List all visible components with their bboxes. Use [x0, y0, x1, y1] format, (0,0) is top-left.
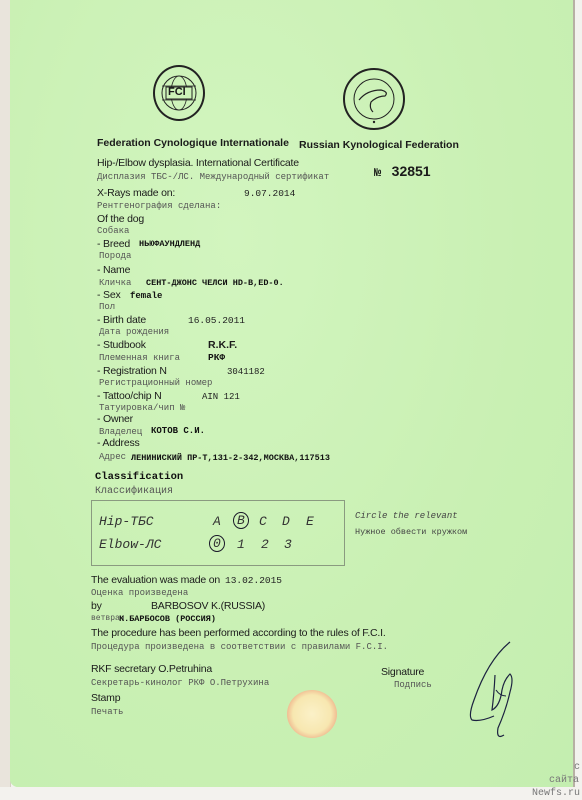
name-label: - Name — [97, 264, 130, 276]
name-value: СЕНТ-ДЖОНС ЧЕЛСИ HD-B,ED-0. — [146, 278, 284, 288]
hip-grade-b-selected: B — [233, 512, 249, 529]
birth-value: 16.05.2011 — [188, 315, 245, 326]
elbow-grade-2: 2 — [261, 537, 269, 552]
breed-value: НЬЮФАУНДЛЕНД — [139, 239, 200, 249]
official-stamp — [287, 690, 337, 738]
hip-label: Hip-ТБС — [99, 514, 154, 529]
studbook-value-ru: РКФ — [208, 352, 225, 363]
hip-grade-e: E — [306, 514, 314, 529]
registration-label-ru: Регистрационный номер — [99, 378, 212, 388]
circle-note-ru: Нужное обвести кружком — [355, 527, 467, 537]
birth-label-ru: Дата рождения — [99, 327, 169, 337]
address-label: - Address — [97, 437, 140, 449]
breed-label: - Breed — [97, 238, 130, 250]
xrays-value: 9.07.2014 — [244, 188, 295, 199]
watermark-line-2: сайта — [549, 775, 579, 786]
birth-label: - Birth date — [97, 314, 146, 326]
dog-label: Of the dog — [97, 213, 144, 225]
sex-label-ru: Пол — [99, 302, 115, 312]
elbow-grade-3: 3 — [284, 537, 292, 552]
xrays-label: X-Rays made on: — [97, 187, 175, 199]
evaluator-value: BARBOSOV K.(RUSSIA) — [151, 600, 265, 612]
address-value: ЛЕНИНИСКИЙ ПР-Т,131-2-342,МОСКВА,117513 — [131, 453, 330, 463]
stamp-label-ru: Печать — [91, 707, 123, 717]
circle-note: Circle the relevant — [355, 511, 458, 521]
rkf-logo — [343, 68, 405, 130]
secretary-label: RKF secretary O.Petruhina — [91, 663, 212, 675]
hip-grade-a: A — [211, 513, 223, 530]
evaluator-value-ru: К.БАРБОСОВ (РОССИЯ) — [119, 614, 216, 624]
elbow-label: Elbow-ЛС — [99, 537, 161, 552]
rkf-org-name: Russian Kynological Federation — [299, 139, 459, 151]
number-sign: № — [374, 166, 381, 180]
fci-logo: FCI — [153, 65, 205, 121]
fci-logo-text: FCI — [168, 86, 186, 98]
signature-label-ru: Подпись — [394, 680, 432, 690]
signature-scribble — [450, 640, 530, 750]
classification-title: Classification — [95, 471, 183, 483]
certificate-title-ru: Дисплазия ТБС-/ЛС. Международный сертифи… — [97, 172, 329, 182]
tattoo-value: AIN 121 — [202, 392, 240, 402]
certificate-number: № 32851 — [374, 163, 431, 181]
secretary-label-ru: Секретарь-кинолог РКФ О.Петрухина — [91, 678, 269, 688]
xrays-label-ru: Рентгенография сделана: — [97, 201, 221, 211]
dog-label-ru: Собака — [97, 226, 129, 236]
registration-label: - Registration N — [97, 365, 167, 377]
signature-label: Signature — [381, 666, 424, 678]
owner-label-ru: Владелец — [99, 427, 142, 437]
sex-label: - Sex — [97, 289, 121, 301]
tattoo-label-ru: Татуировка/чип № — [99, 403, 185, 413]
tattoo-label: - Tattoo/chip N — [97, 390, 162, 402]
evaluator-label: by — [91, 600, 102, 612]
classification-title-ru: Классификация — [95, 486, 173, 497]
owner-value: КОТОВ С.И. — [151, 426, 205, 436]
fci-org-name: Federation Cynologique Internationale — [97, 137, 289, 149]
elbow-grade-0-selected: 0 — [209, 535, 225, 552]
evaluation-date-label: The evaluation was made on — [91, 574, 220, 586]
watermark-line-3: Newfs.ru — [532, 788, 580, 799]
studbook-label: - Studbook — [97, 339, 146, 351]
studbook-label-ru: Племенная книга — [99, 353, 180, 363]
stamp-label: Stamp — [91, 692, 120, 704]
certificate-title-en: Hip-/Elbow dysplasia. International Cert… — [97, 157, 299, 169]
evaluation-date-label-ru: Оценка произведена — [91, 588, 188, 598]
procedure-statement: The procedure has been performed accordi… — [91, 627, 386, 639]
breed-label-ru: Порода — [99, 251, 131, 261]
dog-head-icon — [345, 70, 403, 128]
elbow-grade-1: 1 — [237, 537, 245, 552]
hip-grade-c: C — [259, 514, 267, 529]
studbook-value: R.K.F. — [208, 339, 237, 351]
sex-value: female — [130, 291, 162, 301]
evaluation-date-value: 13.02.2015 — [225, 575, 282, 586]
number-value: 32851 — [392, 163, 431, 179]
address-label-ru: Адрес — [99, 452, 126, 462]
hip-grade-d: D — [282, 514, 290, 529]
registration-value: 3041182 — [227, 367, 265, 377]
procedure-statement-ru: Процедура произведена в соответствии с п… — [91, 642, 388, 652]
name-label-ru: Кличка — [99, 278, 131, 288]
owner-label: - Owner — [97, 413, 133, 425]
watermark-line-1: с — [574, 762, 580, 773]
classification-box: Hip-ТБС A B C D E Elbow-ЛС 0 1 2 3 — [91, 500, 345, 566]
